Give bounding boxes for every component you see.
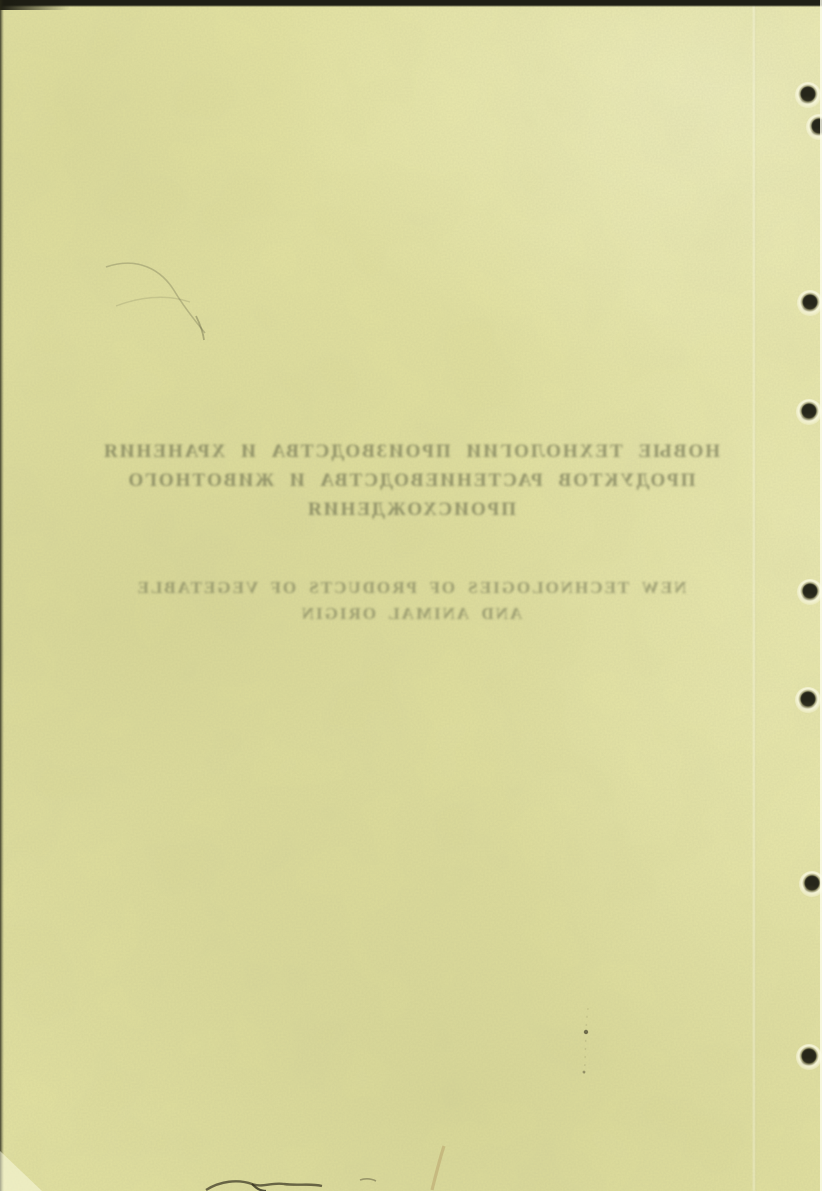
ink-speck-small — [583, 1071, 586, 1074]
punch-hole — [795, 82, 821, 108]
crease-mark — [106, 263, 205, 333]
paper-grain-texture — [0, 0, 822, 1191]
stain-streak — [432, 1146, 444, 1190]
bleedthrough-en-line1: NEW TECHNOLOGIES OF PRODUCTS OF VEGETABL… — [0, 575, 822, 601]
scanned-page: НОВЫЕ ТЕХНОЛОГИИ ПРОИЗВОДСТВА И ХРАНЕНИЯ… — [0, 0, 822, 1191]
corner-fold — [0, 1151, 42, 1191]
ink-speck — [584, 1030, 588, 1034]
bleedthrough-text-russian: НОВЫЕ ТЕХНОЛОГИИ ПРОИЗВОДСТВА И ХРАНЕНИЯ… — [0, 437, 822, 524]
faint-crease — [584, 1008, 588, 1076]
scan-artifacts — [0, 0, 822, 1191]
scan-edge-left — [0, 0, 4, 1191]
paper-mottle — [0, 0, 822, 1191]
pencil-scribble-dash — [360, 1179, 376, 1181]
punch-hole — [796, 1044, 822, 1070]
crease-mark-secondary — [116, 297, 190, 306]
crease-tail — [196, 316, 204, 340]
scan-edge-top — [0, 0, 822, 7]
scan-edge-top-left — [0, 0, 70, 10]
punch-hole — [799, 871, 822, 897]
punch-hole — [796, 399, 822, 425]
punch-hole — [795, 687, 821, 713]
pencil-scribble-loop — [252, 1184, 266, 1191]
pencil-scribble — [206, 1181, 322, 1190]
punch-hole — [797, 290, 822, 316]
bleedthrough-ru-line2: ПРОДУКТОВ РАСТЕНИЕВОДСТВА И ЖИВОТНОГО — [0, 466, 822, 495]
vertical-fold-line — [752, 0, 756, 1191]
punch-hole — [797, 579, 822, 605]
bleedthrough-text-english: NEW TECHNOLOGIES OF PRODUCTS OF VEGETABL… — [0, 575, 822, 627]
bleedthrough-ru-line3: ПРОИСХОЖДЕНИЯ — [0, 495, 822, 524]
bleedthrough-ru-line1: НОВЫЕ ТЕХНОЛОГИИ ПРОИЗВОДСТВА И ХРАНЕНИЯ — [0, 437, 822, 466]
bleedthrough-en-line2: AND ANIMAL ORIGIN — [0, 601, 822, 627]
